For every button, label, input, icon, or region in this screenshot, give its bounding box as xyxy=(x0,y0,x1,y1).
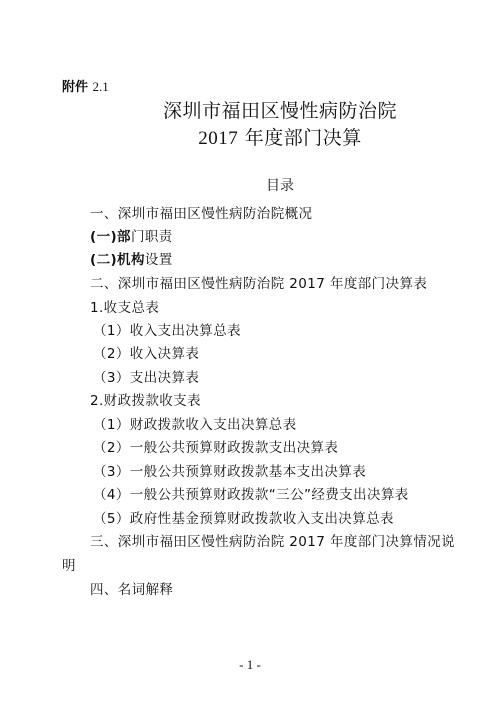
toc-item-rest: 门职责 xyxy=(131,229,173,245)
toc-item-fiscal-tables: 2.财政拨款收支表 xyxy=(90,389,201,409)
document-title-line-2: 2017 年度部门决算 xyxy=(0,123,500,150)
toc-item-dept-duties: (一)部门职责 xyxy=(90,225,173,245)
toc-item-general-budget-expense: （2）一般公共预算财政拨款支出决算表 xyxy=(93,436,338,456)
document-title-line-1: 深圳市福田区慢性病防治院 xyxy=(0,96,500,123)
title-year: 2017 xyxy=(198,128,238,149)
toc-item-section-1: 一、深圳市福田区慢性病防治院概况 xyxy=(90,202,312,222)
toc-item-section-4: 四、名词解释 xyxy=(90,578,173,598)
toc-item-section-2: 二、深圳市福田区慢性病防治院 2017 年度部门决算表 xyxy=(90,272,427,292)
toc-item-org-setup: (二)机构设置 xyxy=(90,248,173,268)
toc-item-rest: 设置 xyxy=(145,252,173,268)
toc-item-expense-table: （3）支出决算表 xyxy=(93,366,199,386)
toc-item-prefix: (二) xyxy=(90,252,117,268)
toc-item-summary-tables: 1.收支总表 xyxy=(90,296,159,316)
toc-item-income-table: （2）收入决算表 xyxy=(93,342,199,362)
toc-item-gov-fund-summary: （5）政府性基金预算财政拨款收入支出决算总表 xyxy=(93,507,394,527)
page-number: - 1 - xyxy=(0,657,500,673)
attachment-number: 2.1 xyxy=(93,79,109,94)
toc-item-three-public-expense: （4）一般公共预算财政拨款“三公”经费支出决算表 xyxy=(93,483,409,503)
attachment-label-text: 附件 xyxy=(62,80,88,95)
toc-item-bold-part: 机构 xyxy=(117,252,145,268)
attachment-label: 附件 2.1 xyxy=(62,76,109,95)
toc-item-fiscal-summary: （1）财政拨款收入支出决算总表 xyxy=(93,413,297,433)
title-rest: 年度部门决算 xyxy=(238,127,362,149)
toc-heading: 目录 xyxy=(0,175,500,195)
toc-item-section-3-wrap: 明 xyxy=(62,554,76,574)
toc-item-bold-part: 部 xyxy=(117,229,131,245)
toc-item-section-3: 三、深圳市福田区慢性病防治院 2017 年度部门决算情况说 xyxy=(90,530,455,550)
toc-item-general-budget-basic-expense: （3）一般公共预算财政拨款基本支出决算表 xyxy=(93,460,366,480)
toc-item-income-expense-summary: （1）收入支出决算总表 xyxy=(93,319,241,339)
toc-item-prefix: (一) xyxy=(90,229,117,245)
